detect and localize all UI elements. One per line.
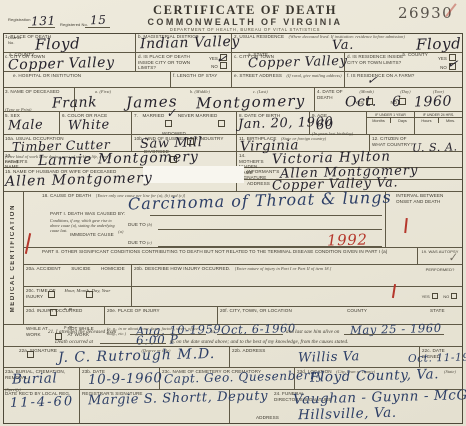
registered-no-value: 15 — [90, 14, 107, 26]
date-received-value: 11-4-60 — [10, 395, 74, 410]
attend-text-4: Death occurred at — [55, 340, 93, 346]
field-marital-status: 7. MARRIED NEVER MARRIED WIDOWED DIVORCE… — [132, 112, 237, 135]
field-residence-on-farm: f. IS RESIDENCE ON A FARM? YES NO — [345, 72, 463, 88]
physician-signature-value: J. C. Rutrough M.D. — [58, 347, 216, 365]
sex-value: Male — [8, 119, 44, 133]
field-injury-at-work: 20d. INJURY OCCURRED WHILE AT WORK NOT W… — [24, 307, 105, 325]
attend-text-1: 21. I attended the deceased from — [48, 330, 116, 336]
checkbox — [218, 120, 225, 127]
field-accident-suicide-homicide: 20a. ACCIDENT SUICIDE HOMICIDE — [24, 265, 132, 287]
commonwealth-subtitle: COMMONWEALTH OF VIRGINIA — [110, 17, 380, 27]
attend-text-2: to — [211, 330, 215, 336]
field-interval-onset-death: INTERVAL BETWEEN ONSET AND DEATH — [385, 192, 463, 248]
field-injury-details-blank — [132, 287, 463, 307]
field-describe-injury: 20b. DESCRIBE HOW INJURY OCCURRED. [Ente… — [132, 265, 463, 287]
death-year-value: 1960 — [414, 95, 452, 110]
physician-address-value: Willis Va — [298, 350, 360, 365]
funeral-director-address-value: Hillsville, Va. — [298, 407, 397, 423]
magisterial-district-value: Indian Valley — [140, 35, 240, 52]
death-limits-no-checkmark: ✓ — [215, 52, 228, 67]
race-value: White — [68, 118, 110, 132]
certificate-serial-number: 26930 — [398, 4, 453, 22]
burial-date-value: 10-9-1960 — [88, 372, 163, 387]
farm-yes-checkmark: ✓ — [366, 74, 377, 87]
residence-city-value: Copper Valley — [248, 55, 348, 71]
place-of-death-county-value: Floyd — [35, 36, 81, 52]
field-hospital: e. HOSPITAL OR INSTITUTION — [3, 72, 171, 88]
age-under-24-hrs: IF UNDER 24 HRS. HoursMins. — [414, 112, 462, 134]
residence-state-value: Va. — [332, 39, 354, 53]
married-checkmark: ✓ — [165, 107, 176, 120]
attend-text-5: m. on the date stated above; and to the … — [170, 340, 348, 346]
registration-district-value: 131 — [31, 15, 56, 28]
field-street-address: e. STREET ADDRESS (If rural, give mailin… — [232, 72, 345, 88]
registered-no-label: Registered No. — [60, 22, 88, 27]
last-name-value: Montgomery — [196, 94, 306, 112]
cemetery-location-value: Floyd County, Va. — [310, 368, 439, 385]
burial-type-value: Burial — [12, 372, 58, 387]
age-under-1-year: IF UNDER 1 YEAR MonthsDays — [366, 112, 414, 134]
redaction-box — [143, 166, 244, 183]
red-code-1992: 1992 — [327, 232, 368, 248]
field-part2-conditions: PART II. OTHER SIGNIFICANT CONDITIONS CO… — [24, 248, 417, 265]
death-month-value: Oct. — [345, 95, 377, 110]
checkbox — [165, 120, 172, 127]
death-certificate-scan: CERTIFICATE OF DEATH COMMONWEALTH OF VIR… — [0, 0, 466, 426]
first-name-value: Frank — [52, 95, 98, 110]
autopsy-no-checkmark: ✓ — [447, 251, 458, 263]
spouse-name-value: Allen Montgomery — [5, 171, 153, 189]
date-signed-value: Oct. 11-1960 — [408, 352, 466, 364]
certificate-title: CERTIFICATE OF DEATH — [110, 3, 380, 18]
city-of-death-value: Copper Valley — [8, 56, 115, 73]
residence-limits-no-checkmark: ✓ — [446, 57, 459, 71]
residence-county-value: Floyd — [416, 36, 462, 52]
age-value: 60 — [316, 119, 334, 132]
field-time-of-injury: 20c. TIME OF INJURY Hour, Month, Day, Ye… — [24, 287, 132, 307]
department-line: DEPARTMENT OF HEALTH, BUREAU OF VITAL ST… — [110, 27, 380, 32]
attend-text-3: and last saw him alive on — [286, 330, 339, 336]
field-length-of-stay: f. LENGTH OF STAY — [171, 72, 232, 88]
death-day-value: 6 — [392, 95, 402, 109]
medical-certification-strip: MEDICAL CERTIFICATION — [3, 192, 24, 325]
